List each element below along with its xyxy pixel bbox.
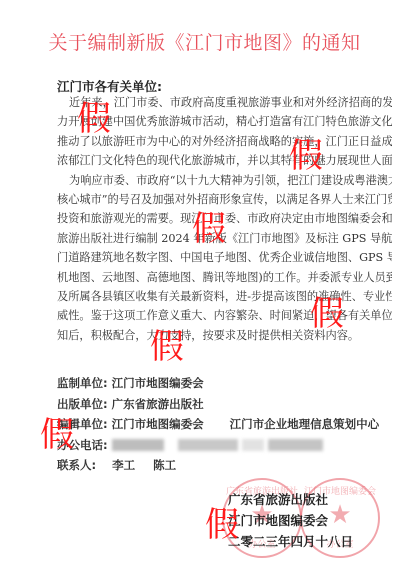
- watermark: 假: [310, 297, 344, 331]
- watermark: 假: [192, 212, 226, 246]
- phone-redacted: [112, 439, 164, 451]
- phone-redacted: [268, 439, 323, 451]
- publisher-value: 广东省旅游出版社: [112, 397, 204, 411]
- supervisor-value: 江门市地图编委会: [112, 376, 204, 390]
- editor-value-1: 江门市地图编委会: [112, 417, 204, 431]
- editor-value-2: 江门市企业地理信息策划中心: [230, 417, 380, 431]
- contact-row: 联系人: 李工 陈工: [57, 455, 379, 476]
- document-title: 关于编制新版《江门市地图》的通知: [0, 28, 409, 55]
- signature-date: 二零二三年四月十八日: [228, 531, 353, 552]
- text-line: 机地图、云地图、高德地图、腾讯等地图)的工作。并委派专业人员到市区: [57, 268, 392, 287]
- phone-redacted: [178, 439, 238, 451]
- contact-label: 联系人:: [57, 458, 96, 472]
- text-line: 核心城市”的号召及加强对外招商形象宣传，以满足各界人士来江门贸易、: [57, 190, 392, 209]
- supervisor-row: 监制单位: 江门市地图编委会: [57, 373, 379, 394]
- watermark: 假: [150, 330, 184, 364]
- watermark: 假: [205, 508, 239, 542]
- text-line: 浓郁江门文化特色的现代化旅游城市，并以其特有的魅力展现世人面前。: [57, 151, 392, 170]
- phone-row: 办公电话:: [57, 435, 379, 456]
- signature-org-1: 广东省旅游出版社: [228, 489, 353, 510]
- contact-value-2: 陈工: [153, 458, 176, 472]
- watermark: 假: [40, 418, 74, 452]
- publisher-row: 出版单位: 广东省旅游出版社: [57, 394, 379, 415]
- supervisor-label: 监制单位:: [57, 376, 108, 390]
- watermark: 假: [289, 139, 323, 173]
- editor-row: 编辑单位: 江门市地图编委会 江门市企业地理信息策划中心: [57, 414, 379, 435]
- info-block: 监制单位: 江门市地图编委会 出版单位: 广东省旅游出版社 编辑单位: 江门市地…: [57, 373, 379, 476]
- watermark: 假: [77, 102, 111, 136]
- publisher-label: 出版单位:: [57, 397, 108, 411]
- contact-value-1: 李工: [112, 458, 135, 472]
- text-line: 门道路建筑地名数字图、中国电子地图、优秀企业诚信地图、GPS 导航、手: [57, 248, 392, 267]
- signature-block: 广东省旅游出版社 江门市地图编委会 二零二三年四月十八日: [228, 489, 353, 552]
- phone-redacted: [242, 439, 264, 451]
- text-line: 为响应市委、市政府“以十九大精神为引领，把江门建设成粤港澳大湾区: [57, 171, 392, 190]
- signature-org-2: 江门市地图编委会: [228, 510, 353, 531]
